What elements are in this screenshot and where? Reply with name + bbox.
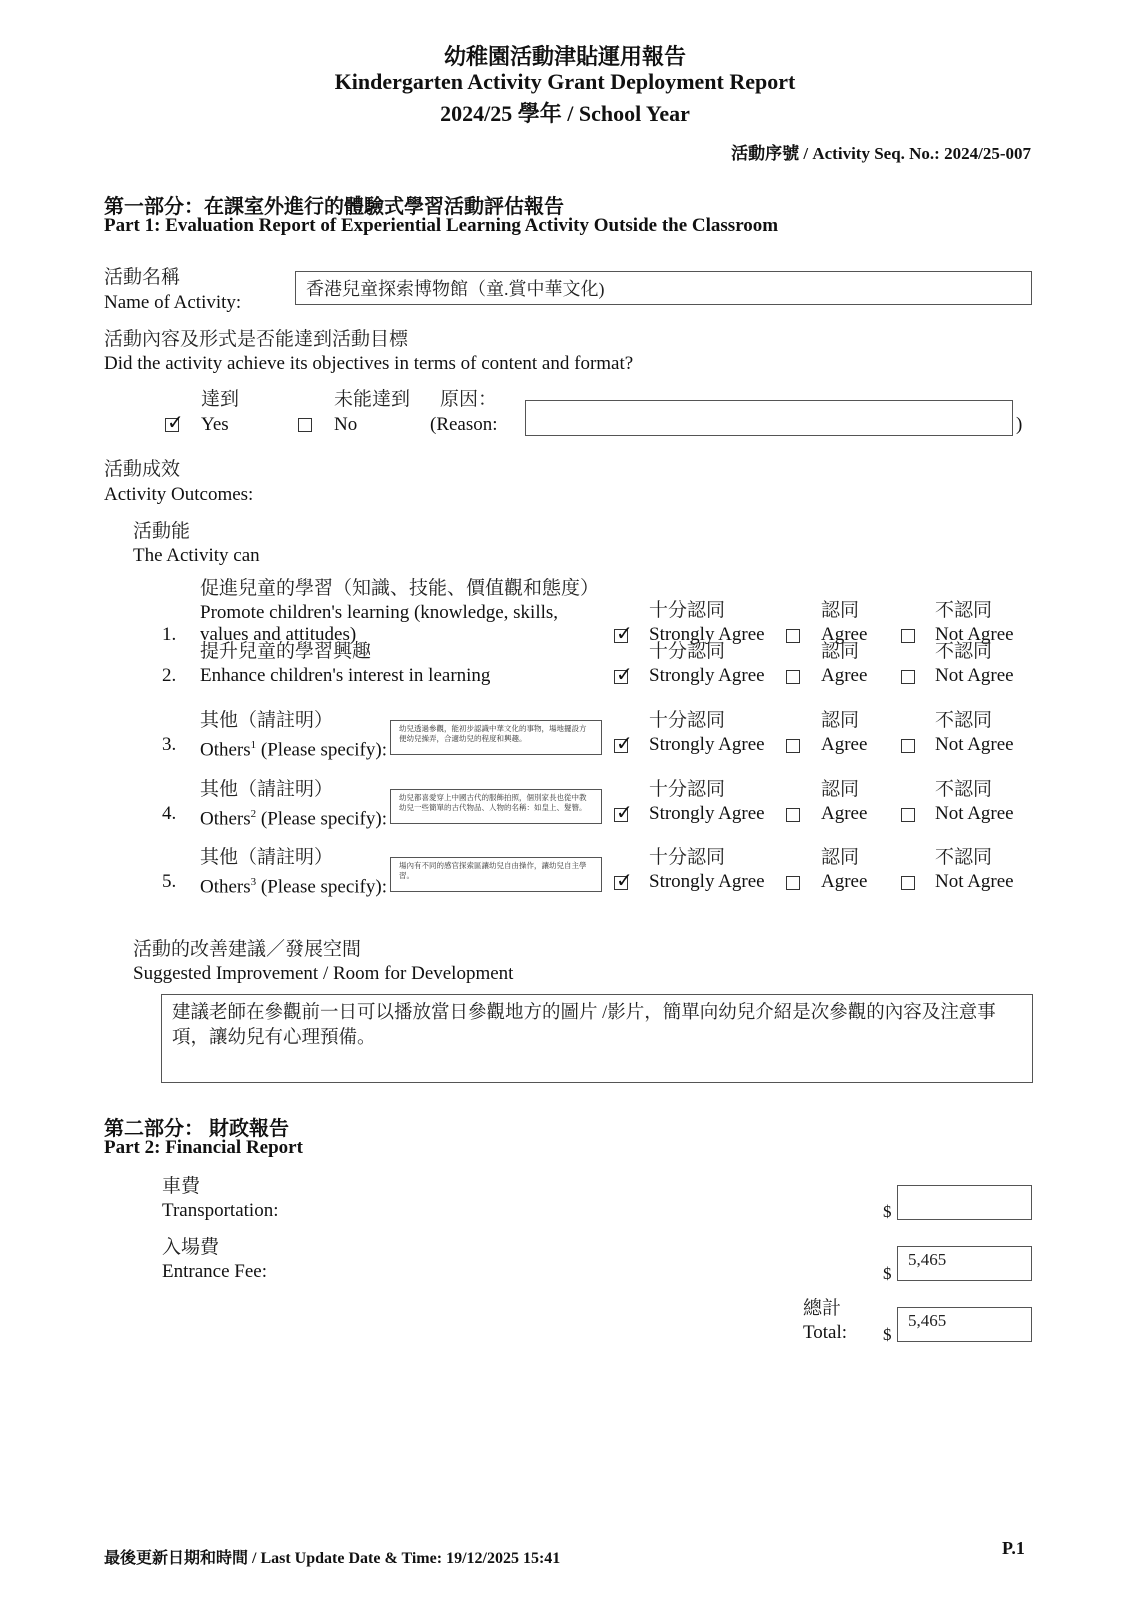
- total-label-zh: 總計: [803, 1297, 841, 1321]
- activity-name-field[interactable]: 香港兒童探索博物館（童.賞中華文化): [295, 271, 1032, 305]
- rating-agree-label-en: Agree: [821, 664, 867, 688]
- rating-strongly-agree-label-zh: 十分認同: [649, 640, 725, 664]
- checkmark-icon: ✓: [616, 802, 633, 822]
- rating-strongly-agree-label-zh: 十分認同: [649, 846, 725, 870]
- yes-label-en: Yes: [201, 413, 229, 437]
- rating-strongly-agree-checkbox[interactable]: ✓: [614, 629, 628, 643]
- part1-heading-en: Part 1: Evaluation Report of Experientia…: [104, 215, 778, 237]
- activity-can-en: The Activity can: [133, 544, 260, 568]
- rating-agree-checkbox[interactable]: [786, 876, 800, 890]
- rating-strongly-agree-label-zh: 十分認同: [649, 709, 725, 733]
- rating-not-agree-checkbox[interactable]: [901, 629, 915, 643]
- item-label-zh: 其他（請註明）: [200, 778, 333, 802]
- transport-currency: $: [883, 1200, 892, 1224]
- checkmark-icon: ✓: [616, 664, 633, 684]
- rating-agree-label-zh: 認同: [821, 778, 859, 802]
- report-title-en: Kindergarten Activity Grant Deployment R…: [0, 69, 1130, 95]
- rating-agree-label-en: Agree: [821, 870, 867, 894]
- rating-agree-label-en: Agree: [821, 802, 867, 826]
- item-label-en: Enhance children's interest in learning: [200, 664, 490, 688]
- rating-agree-checkbox[interactable]: [786, 670, 800, 684]
- item-label-zh: 其他（請註明）: [200, 709, 333, 733]
- rating-strongly-agree-checkbox[interactable]: ✓: [614, 739, 628, 753]
- total-label-en: Total:: [803, 1321, 847, 1345]
- transport-label-en: Transportation:: [162, 1199, 278, 1223]
- rating-not-agree-checkbox[interactable]: [901, 876, 915, 890]
- rating-not-agree-checkbox[interactable]: [901, 739, 915, 753]
- rating-not-agree-checkbox[interactable]: [901, 670, 915, 684]
- total-field[interactable]: 5,465: [897, 1307, 1032, 1342]
- improvement-label-en: Suggested Improvement / Room for Develop…: [133, 962, 513, 986]
- reason-close-paren: ): [1016, 413, 1022, 437]
- others-text: Others: [200, 739, 251, 760]
- report-title-zh: 幼稚園活動津貼運用報告: [0, 40, 1130, 71]
- objective-no-checkbox[interactable]: [298, 418, 312, 432]
- rating-agree-label-zh: 認同: [821, 709, 859, 733]
- improvement-label-zh: 活動的改善建議／發展空間: [133, 938, 361, 962]
- rating-not-agree-checkbox[interactable]: [901, 808, 915, 822]
- rating-strongly-agree-label-en: Strongly Agree: [649, 802, 765, 826]
- others-text: Others: [200, 876, 251, 897]
- rating-not-agree-label-en: Not Agree: [935, 733, 1014, 757]
- reason-field[interactable]: [525, 400, 1013, 436]
- objective-yes-checkbox[interactable]: ✓: [165, 418, 179, 432]
- rating-not-agree-label-en: Not Agree: [935, 664, 1014, 688]
- please-specify-text: (Please specify):: [256, 739, 387, 760]
- total-currency: $: [883, 1323, 892, 1347]
- item-number: 4.: [162, 802, 176, 826]
- item-label-en: Others2 (Please specify):: [200, 802, 387, 831]
- objective-question-zh: 活動內容及形式是否能達到活動目標: [104, 328, 408, 352]
- seq-label: 活動序號 / Activity Seq. No.:: [731, 144, 940, 163]
- activity-seq-no: 活動序號 / Activity Seq. No.: 2024/25-007: [731, 139, 1031, 164]
- rating-agree-checkbox[interactable]: [786, 808, 800, 822]
- item-label-en: Promote children's learning (knowledge, …: [200, 601, 558, 625]
- entrance-currency: $: [883, 1262, 892, 1286]
- improvement-field[interactable]: 建議老師在參觀前一日可以播放當日參觀地方的圖片 /影片，簡單向幼兒介紹是次參觀的…: [161, 994, 1033, 1083]
- school-year: 2024/25 學年 / School Year: [0, 97, 1130, 128]
- part2-heading-en: Part 2: Financial Report: [104, 1137, 303, 1159]
- outcomes-label-en: Activity Outcomes:: [104, 483, 253, 507]
- item-label-zh: 促進兒童的學習（知識、技能、價值觀和態度）: [200, 577, 599, 601]
- others-specify-field[interactable]: 場內有不同的感官探索區讓幼兒自由操作，讓幼兒自主學習。: [390, 857, 602, 892]
- item-label-en: Others3 (Please specify):: [200, 870, 387, 899]
- rating-not-agree-label-zh: 不認同: [935, 846, 992, 870]
- rating-agree-label-en: Agree: [821, 733, 867, 757]
- rating-strongly-agree-checkbox[interactable]: ✓: [614, 670, 628, 684]
- activity-name-label-zh: 活動名稱: [104, 266, 180, 290]
- last-update: 最後更新日期和時間 / Last Update Date & Time: 19/…: [104, 1545, 560, 1568]
- item-label-zh: 提升兒童的學習興趣: [200, 640, 371, 664]
- reason-label-en: (Reason:: [430, 413, 498, 437]
- rating-not-agree-label-en: Not Agree: [935, 802, 1014, 826]
- others-specify-field[interactable]: 幼兒透過參觀，能初步認識中華文化的事物，場地擺設方便幼兒操弄，合適幼兒的程度和興…: [390, 720, 602, 755]
- reason-label-zh: 原因：: [440, 388, 497, 412]
- transport-field[interactable]: [897, 1185, 1032, 1220]
- no-label-en: No: [334, 413, 357, 437]
- rating-not-agree-label-zh: 不認同: [935, 599, 992, 623]
- checkmark-icon: ✓: [616, 733, 633, 753]
- outcomes-label-zh: 活動成效: [104, 458, 180, 482]
- others-specify-field[interactable]: 幼兒都喜愛穿上中國古代的服飾拍照，個別家長也從中教幼兒一些簡單的古代物品、人物的…: [390, 789, 602, 824]
- rating-strongly-agree-label-zh: 十分認同: [649, 599, 725, 623]
- rating-agree-label-zh: 認同: [821, 599, 859, 623]
- seq-value: 2024/25-007: [944, 144, 1031, 163]
- no-label-zh: 未能達到: [334, 388, 410, 412]
- rating-agree-label-zh: 認同: [821, 640, 859, 664]
- item-label-zh: 其他（請註明）: [200, 846, 333, 870]
- activity-name-label-en: Name of Activity:: [104, 291, 241, 315]
- item-label-en: Others1 (Please specify):: [200, 733, 387, 762]
- entrance-fee-field[interactable]: 5,465: [897, 1246, 1032, 1281]
- rating-strongly-agree-checkbox[interactable]: ✓: [614, 876, 628, 890]
- please-specify-text: (Please specify):: [256, 808, 387, 829]
- item-number: 3.: [162, 733, 176, 757]
- objective-question-en: Did the activity achieve its objectives …: [104, 352, 633, 376]
- rating-strongly-agree-checkbox[interactable]: ✓: [614, 808, 628, 822]
- rating-not-agree-label-zh: 不認同: [935, 640, 992, 664]
- entrance-label-zh: 入場費: [162, 1236, 219, 1260]
- rating-agree-checkbox[interactable]: [786, 629, 800, 643]
- item-number: 5.: [162, 870, 176, 894]
- yes-label-zh: 達到: [201, 388, 239, 412]
- checkmark-icon: ✓: [616, 870, 633, 890]
- rating-strongly-agree-label-en: Strongly Agree: [649, 733, 765, 757]
- checkmark-icon: ✓: [167, 412, 184, 432]
- rating-agree-checkbox[interactable]: [786, 739, 800, 753]
- rating-not-agree-label-zh: 不認同: [935, 709, 992, 733]
- rating-agree-label-zh: 認同: [821, 846, 859, 870]
- rating-strongly-agree-label-en: Strongly Agree: [649, 870, 765, 894]
- item-number: 1.: [162, 623, 176, 647]
- item-number: 2.: [162, 664, 176, 688]
- rating-not-agree-label-zh: 不認同: [935, 778, 992, 802]
- page-number: P.1: [1002, 1538, 1025, 1559]
- checkmark-icon: ✓: [616, 623, 633, 643]
- activity-can-zh: 活動能: [133, 520, 190, 544]
- rating-strongly-agree-label-zh: 十分認同: [649, 778, 725, 802]
- rating-not-agree-label-en: Not Agree: [935, 870, 1014, 894]
- entrance-label-en: Entrance Fee:: [162, 1260, 267, 1284]
- rating-strongly-agree-label-en: Strongly Agree: [649, 664, 765, 688]
- others-text: Others: [200, 808, 251, 829]
- please-specify-text: (Please specify):: [256, 876, 387, 897]
- transport-label-zh: 車費: [162, 1175, 200, 1199]
